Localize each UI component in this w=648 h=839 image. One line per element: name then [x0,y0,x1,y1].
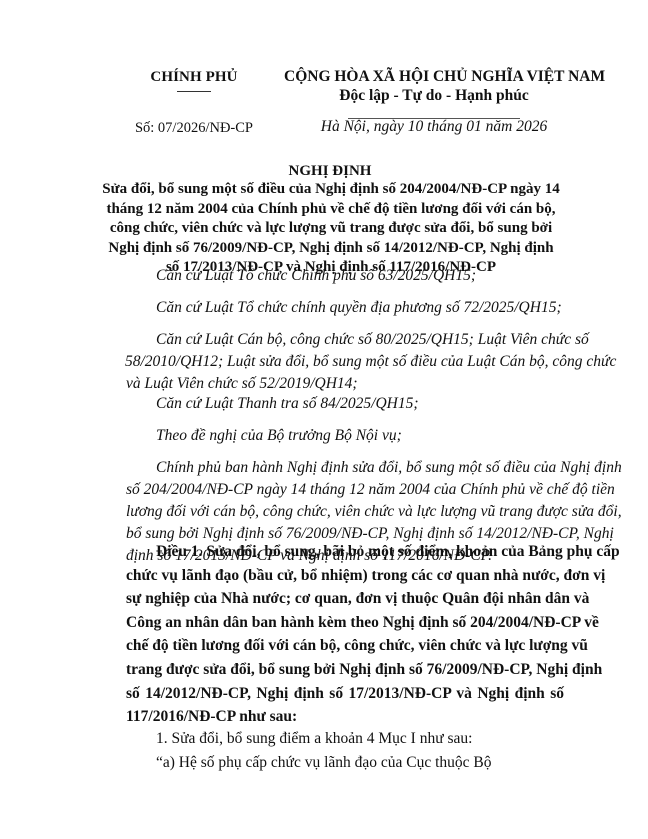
article-line: số 14/2012/NĐ-CP, Nghị định số 17/2013/N… [126,682,564,706]
subject-line: tháng 12 năm 2004 của Chính phủ về chế đ… [96,200,566,220]
preamble-line: Căn cứ Luật Thanh tra số 84/2025/QH15; [126,393,564,415]
preamble-line: Chính phủ ban hành Nghị định sửa đổi, bổ… [126,457,564,479]
preamble-line: lương đối với cán bộ, công chức, viên ch… [126,501,564,523]
article-line: Điều 1. Sửa đổi, bổ sung, bãi bỏ một số … [126,540,564,564]
clause-1: 1. Sửa đổi, bổ sung điểm a khoản 4 Mục I… [156,729,472,749]
preamble-paragraph: Căn cứ Luật Tổ chức Chính phủ số 63/2025… [126,265,564,287]
article-line: Công an nhân dân ban hành kèm theo Nghị … [126,611,564,635]
preamble-paragraph: Căn cứ Luật Thanh tra số 84/2025/QH15; [126,393,564,415]
preamble-line: Căn cứ Luật Tổ chức Chính phủ số 63/2025… [126,265,564,287]
subject-line: Sửa đổi, bổ sung một số điều của Nghị đị… [96,180,566,200]
preamble-line: và Luật Viên chức số 52/2019/QH14; [126,373,564,395]
national-motto: Độc lập - Tự do - Hạnh phúc [284,86,584,105]
article-line: chức vụ lãnh đạo (bầu cử, bổ nhiệm) tron… [126,564,564,588]
place-and-date: Hà Nội, ngày 10 tháng 01 năm 2026 [284,117,584,137]
issuing-agency-block: CHÍNH PHỦ [122,68,266,92]
document-type: NGHỊ ĐỊNH [100,162,560,181]
subject-line: Nghị định số 76/2009/NĐ-CP, Nghị định số… [96,239,566,259]
clause-1-point-a: “a) Hệ số phụ cấp chức vụ lãnh đạo của C… [156,753,492,773]
agency-underline [177,91,211,92]
preamble-paragraph: Theo đề nghị của Bộ trưởng Bộ Nội vụ; [126,425,564,447]
national-title: CỘNG HÒA XÃ HỘI CHỦ NGHĨA VIỆT NAM [284,68,584,86]
document-number: Số: 07/2026/NĐ-CP [122,119,266,137]
article-line: chế độ tiền lương đối với cán bộ, công c… [126,634,564,658]
document-subject: Sửa đổi, bổ sung một số điều của Nghị đị… [96,180,566,278]
issuing-agency: CHÍNH PHỦ [122,68,266,86]
preamble-line: 58/2010/QH12; Luật sửa đổi, bổ sung một … [125,351,564,373]
national-title-block: CỘNG HÒA XÃ HỘI CHỦ NGHĨA VIỆT NAM Độc l… [284,68,584,119]
preamble-paragraph: Căn cứ Luật Tổ chức chính quyền địa phươ… [126,297,564,319]
article-1: Điều 1. Sửa đổi, bổ sung, bãi bỏ một số … [126,540,564,729]
preamble-paragraph: Căn cứ Luật Cán bộ, công chức số 80/2025… [126,329,564,395]
article-line: trang được sửa đổi, bổ sung bởi Nghị địn… [126,658,564,682]
subject-line: công chức, viên chức và lực lượng vũ tra… [96,219,566,239]
document-page: CHÍNH PHỦ CỘNG HÒA XÃ HỘI CHỦ NGHĨA VIỆT… [0,0,648,839]
preamble-line: Theo đề nghị của Bộ trưởng Bộ Nội vụ; [126,425,564,447]
preamble-line: số 204/2004/NĐ-CP ngày 14 tháng 12 năm 2… [126,479,564,501]
article-line: 117/2016/NĐ-CP như sau: [126,705,564,729]
preamble-line: Căn cứ Luật Tổ chức chính quyền địa phươ… [126,297,564,319]
preamble-line: Căn cứ Luật Cán bộ, công chức số 80/2025… [126,329,564,351]
article-line: sự nghiệp của Nhà nước; cơ quan, đơn vị … [126,587,564,611]
